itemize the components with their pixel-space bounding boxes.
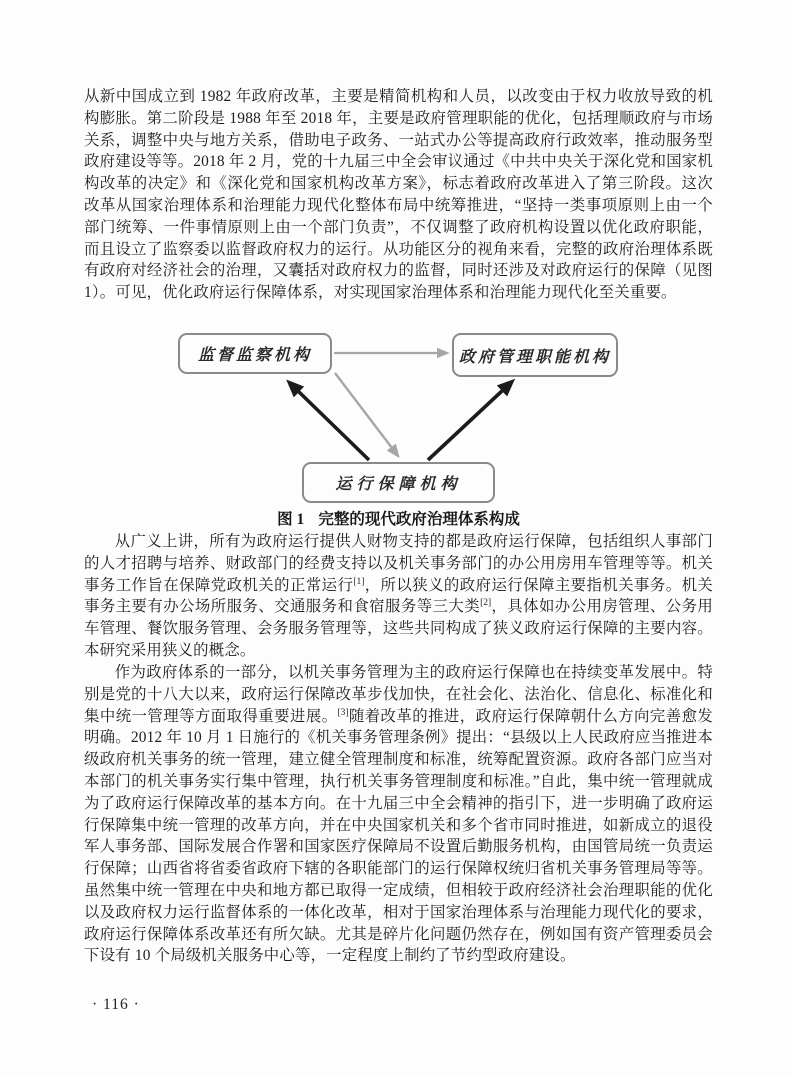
figure-caption-title: 完整的现代政府治理体系构成 (318, 511, 520, 528)
figure-box-support: 运行保障机构 (302, 462, 495, 503)
figure-box-management: 政府管理职能机构 (452, 333, 618, 377)
citation-ref-1: [1] (353, 576, 364, 586)
paragraph-3-text-b: 随着改革的推进，政府运行保障朝什么方向完善愈发明确。2012 年 10 月 1 … (84, 708, 713, 965)
arrow-support-to-management (428, 390, 503, 460)
page-number: · 116 · (92, 996, 140, 1014)
citation-ref-3: [3] (338, 707, 349, 717)
body-paragraph-1: 从新中国成立到 1982 年政府改革，主要是精简机构和人员，以改变由于权力收放导… (84, 86, 713, 304)
paper-page: 从新中国成立到 1982 年政府改革，主要是精简机构和人员，以改变由于权力收放导… (0, 0, 793, 1077)
arrow-support-to-supervision (298, 391, 369, 460)
citation-ref-2: [2] (480, 598, 491, 608)
figure-box-supervision: 监督监察机构 (178, 333, 332, 374)
figure-1-diagram: 监督监察机构 政府管理职能机构 运行保障机构 (84, 333, 713, 506)
figure-caption-label: 图 1 (277, 511, 304, 528)
body-paragraph-2: 从广义上讲，所有为政府运行提供人财物支持的都是政府运行保障，包括组织人事部门的人… (84, 531, 713, 662)
body-paragraph-3: 作为政府体系的一部分，以机关事务管理为主的政府运行保障也在持续变革发展中。特别是… (84, 662, 713, 967)
figure-caption: 图 1完整的现代政府治理体系构成 (84, 507, 713, 529)
